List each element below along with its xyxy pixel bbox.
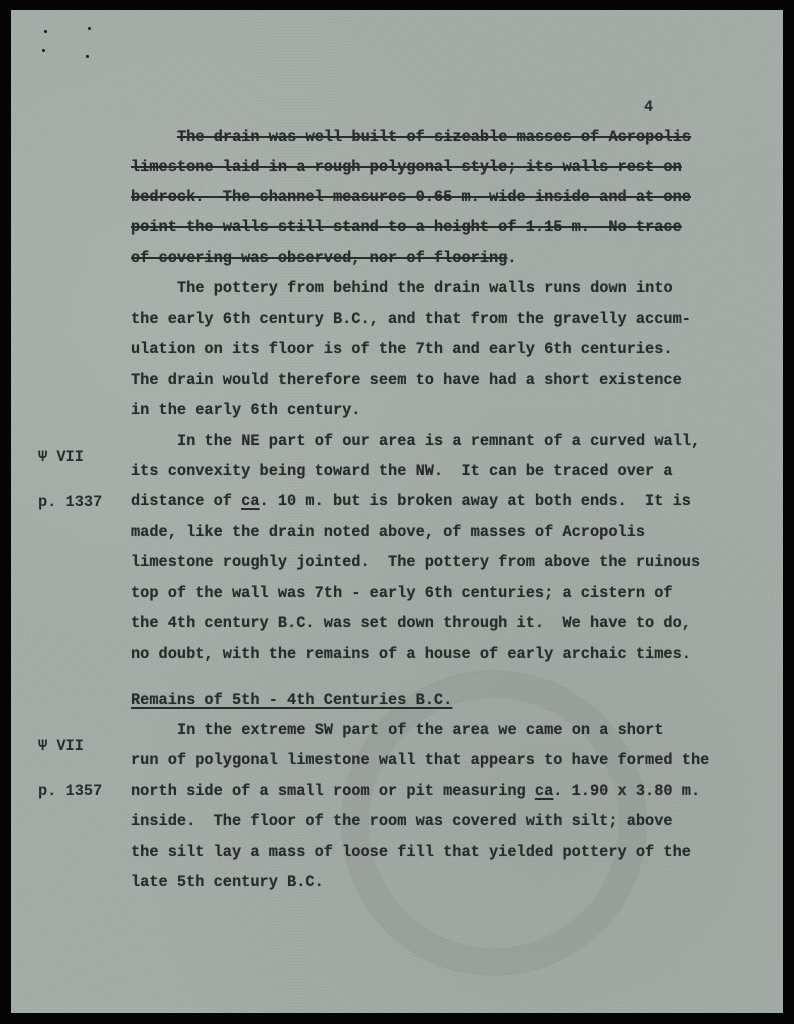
- margin-reference: Ψ VII p. 1337: [38, 420, 102, 525]
- ink-speck: [86, 55, 89, 58]
- struck-line: The drain was well built of sizeable mas…: [177, 128, 691, 146]
- text-line: the 4th century B.C. was set down throug…: [131, 614, 691, 632]
- struck-line: point the walls still stand to a height …: [131, 218, 682, 236]
- text-line: no doubt, with the remains of a house of…: [131, 645, 691, 663]
- page-number: 4: [644, 98, 653, 116]
- text-line: distance of ca. 10 m. but is broken away…: [131, 492, 691, 510]
- text-line: In the NE part of our area is a remnant …: [177, 432, 700, 450]
- text-segment: . 10 m. but is broken away at both ends.…: [260, 492, 691, 510]
- text-segment: distance of: [131, 492, 241, 510]
- text-line: ulation on its floor is of the 7th and e…: [131, 340, 673, 358]
- text-line: late 5th century B.C.: [131, 873, 324, 891]
- text-line: limestone roughly jointed. The pottery f…: [131, 553, 700, 571]
- ink-speck: [42, 49, 45, 52]
- text-line: The pottery from behind the drain walls …: [177, 279, 673, 297]
- margin-reference: Ψ VII p. 1357: [38, 709, 102, 814]
- struck-line: bedrock. The channel measures 0.65 m. wi…: [131, 188, 691, 206]
- margin-reference-page: p. 1337: [38, 495, 102, 510]
- text-segment: north side of a small room or pit measur…: [131, 782, 535, 800]
- period: .: [507, 249, 516, 267]
- margin-reference-page: p. 1357: [38, 784, 102, 799]
- text-line: run of polygonal limestone wall that app…: [131, 751, 709, 769]
- underlined-abbreviation: ca: [535, 782, 553, 800]
- struck-line-last: of covering was observed, nor of floorin…: [131, 249, 517, 267]
- text-segment: . 1.90 x 3.80 m.: [553, 782, 700, 800]
- underlined-abbreviation: ca: [241, 492, 259, 510]
- text-line: north side of a small room or pit measur…: [131, 782, 700, 800]
- ink-speck: [44, 30, 47, 33]
- text-line: its convexity being toward the NW. It ca…: [131, 462, 673, 480]
- struck-line: limestone laid in a rough polygonal styl…: [131, 158, 682, 176]
- text-line: The drain would therefore seem to have h…: [131, 371, 682, 389]
- margin-reference-volume: Ψ VII: [38, 450, 102, 465]
- section-heading: Remains of 5th - 4th Centuries B.C.: [131, 691, 452, 709]
- text-line: inside. The floor of the room was covere…: [131, 812, 673, 830]
- text-line: in the early 6th century.: [131, 401, 361, 419]
- text-line: In the extreme SW part of the area we ca…: [177, 721, 664, 739]
- text-line: made, like the drain noted above, of mas…: [131, 523, 645, 541]
- text-line: the early 6th century B.C., and that fro…: [131, 310, 691, 328]
- text-line: top of the wall was 7th - early 6th cent…: [131, 584, 673, 602]
- ink-speck: [88, 27, 91, 30]
- text-line: the silt lay a mass of loose fill that y…: [131, 843, 691, 861]
- margin-reference-volume: Ψ VII: [38, 739, 102, 754]
- struck-text: of covering was observed, nor of floorin…: [131, 249, 507, 267]
